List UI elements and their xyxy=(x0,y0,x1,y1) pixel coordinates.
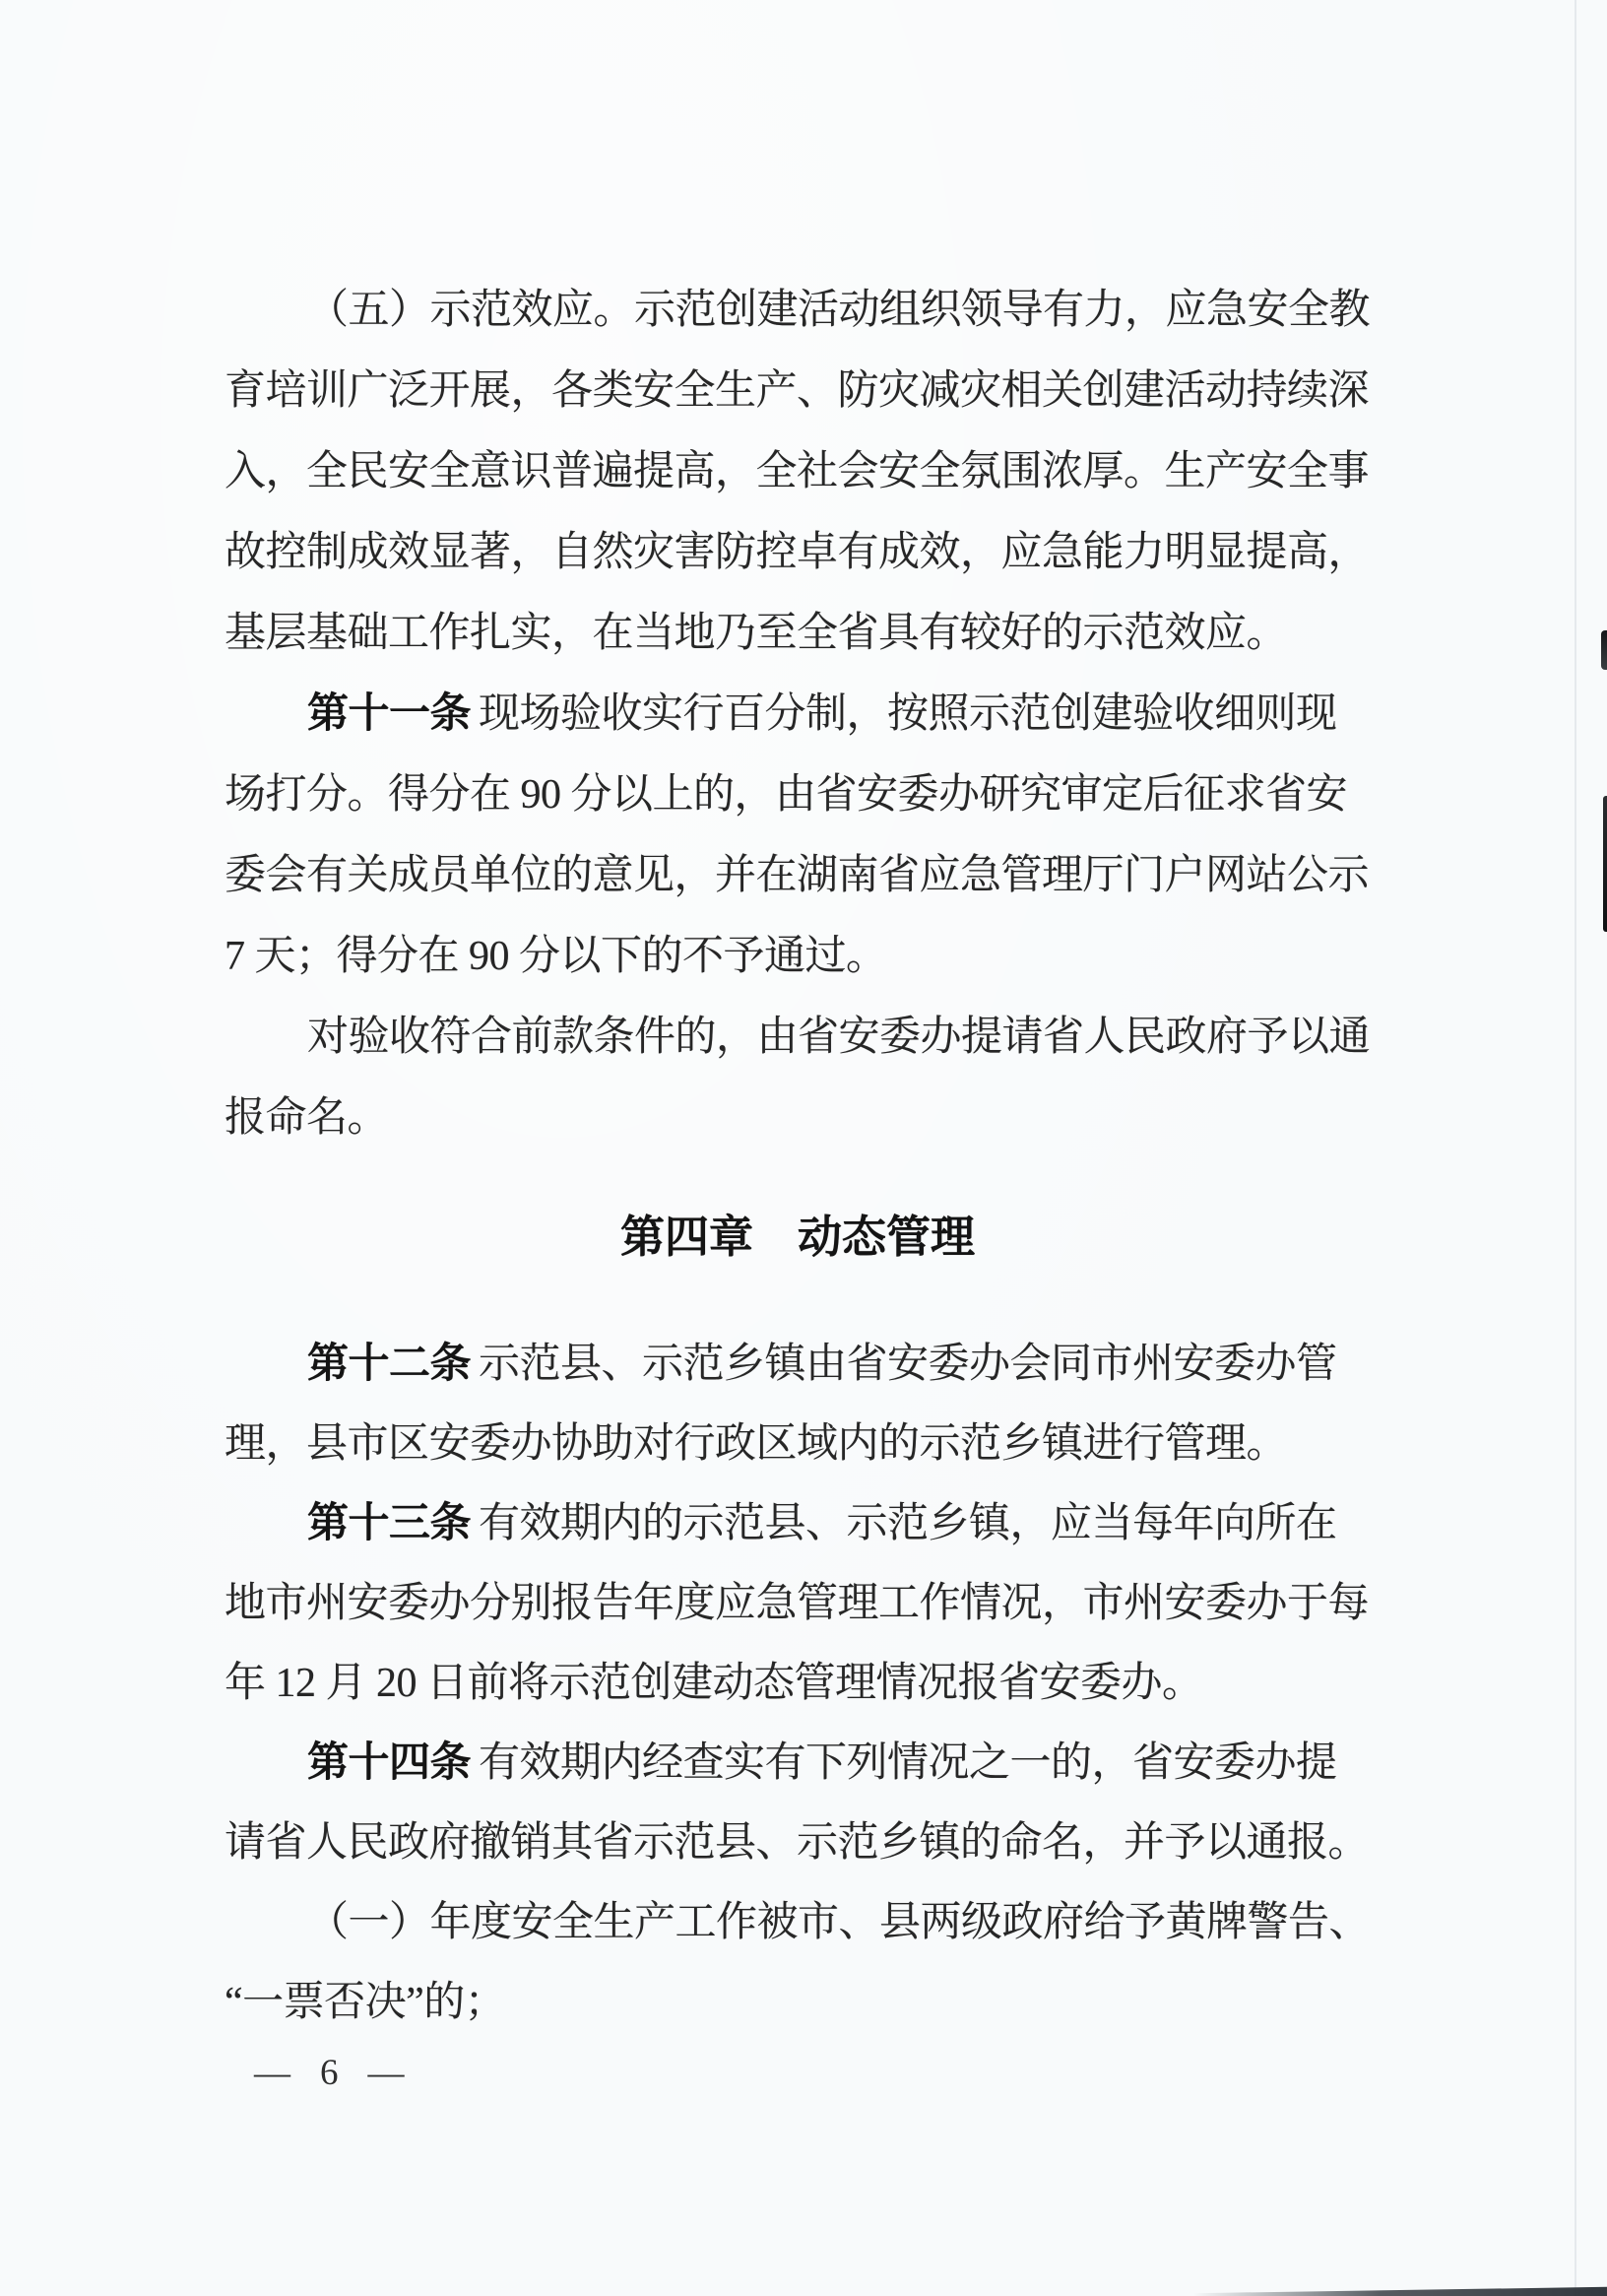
text-line: 第十一条现场验收实行百分制，按照示范创建验收细则现 xyxy=(225,674,1371,754)
scan-artifact-bottom-edge xyxy=(1193,2286,1607,2296)
article-number: 第十三条 xyxy=(307,1501,471,1546)
line-text: 场打分。得分在 90 分以上的，由省安委办研究审定后征求省安 xyxy=(225,772,1347,818)
text-line: （一）年度安全生产工作被市、县两级政府给予黄牌警告、 xyxy=(225,1883,1371,1963)
text-line: 地市州安委办分别报告年度应急管理工作情况，市州安委办于每 xyxy=(225,1564,1371,1644)
line-text: 报命名。 xyxy=(225,1095,388,1141)
text-line: 场打分。得分在 90 分以上的，由省安委办研究审定后征求省安 xyxy=(225,754,1371,835)
text-line: 理，县市区安委办协助对行政区域内的示范乡镇进行管理。 xyxy=(225,1405,1371,1484)
text-line: 第十四条有效期内经查实有下列情况之一的，省安委办提 xyxy=(225,1724,1371,1804)
line-text: “一票否决”的； xyxy=(225,1980,505,2025)
text-line: 委会有关成员单位的意见，并在湖南省应急管理厅门户网站公示 xyxy=(225,835,1371,916)
line-text: 地市州安委办分别报告年度应急管理工作情况，市州安委办于每 xyxy=(225,1581,1369,1626)
text-line: 第十三条有效期内的示范县、示范乡镇，应当每年向所在 xyxy=(225,1484,1371,1564)
text-line: 故控制成效显著，自然灾害防控卓有成效，应急能力明显提高， xyxy=(225,512,1371,593)
line-text: 年 12 月 20 日前将示范创建动态管理情况报省安委办。 xyxy=(225,1661,1203,1706)
document-section-after-heading: 第十二条示范县、示范乡镇由省安委办会同市州安委办管 理，县市区安委办协助对行政区… xyxy=(225,1325,1371,2043)
line-text: 基层基础工作扎实，在当地乃至全省具有较好的示范效应。 xyxy=(225,611,1287,656)
document-section-before-heading: （五）示范效应。示范创建活动组织领导有力，应急安全教 育培训广泛开展，各类安全生… xyxy=(225,270,1371,1158)
page-number: 6 xyxy=(320,2052,339,2094)
line-text: 故控制成效显著，自然灾害防控卓有成效，应急能力明显提高， xyxy=(225,530,1369,575)
line-text: 有效期内经查实有下列情况之一的，省安委办提 xyxy=(479,1740,1337,1786)
line-text: （一）年度安全生产工作被市、县两级政府给予黄牌警告、 xyxy=(307,1900,1370,1945)
line-text: （五）示范效应。示范创建活动组织领导有力，应急安全教 xyxy=(307,288,1370,333)
text-line: “一票否决”的； xyxy=(225,1963,1371,2043)
line-text: 有效期内的示范县、示范乡镇，应当每年向所在 xyxy=(479,1501,1337,1546)
text-line: 对验收符合前款条件的，由省安委办提请省人民政府予以通 xyxy=(225,997,1371,1078)
scanned-document-page: （五）示范效应。示范创建活动组织领导有力，应急安全教 育培训广泛开展，各类安全生… xyxy=(0,0,1607,2296)
line-text: 理，县市区安委办协助对行政区域内的示范乡镇进行管理。 xyxy=(225,1421,1287,1467)
article-number: 第十一条 xyxy=(307,691,471,737)
text-line: 7 天；得分在 90 分以下的不予通过。 xyxy=(225,916,1371,997)
line-text: 入，全民安全意识普遍提高，全社会安全氛围浓厚。生产安全事 xyxy=(225,449,1369,494)
text-line: 第十二条示范县、示范乡镇由省安委办会同市州安委办管 xyxy=(225,1325,1371,1405)
text-line: 请省人民政府撤销其省示范县、示范乡镇的命名，并予以通报。 xyxy=(225,1804,1371,1883)
line-text: 对验收符合前款条件的，由省安委办提请省人民政府予以通 xyxy=(307,1015,1370,1060)
document-body: （五）示范效应。示范创建活动组织领导有力，应急安全教 育培训广泛开展，各类安全生… xyxy=(225,270,1371,2043)
article-number: 第十二条 xyxy=(307,1342,471,1387)
scan-artifact-right-bar-2 xyxy=(1603,796,1607,932)
line-text: 育培训广泛开展，各类安全生产、防灾减灾相关创建活动持续深 xyxy=(225,368,1369,414)
line-text: 现场验收实行百分制，按照示范创建验收细则现 xyxy=(479,691,1337,737)
text-line: （五）示范效应。示范创建活动组织领导有力，应急安全教 xyxy=(225,270,1371,351)
scan-artifact-right-bar-1 xyxy=(1601,630,1607,670)
chapter-heading: 第四章 动态管理 xyxy=(225,1196,1371,1279)
line-text: 7 天；得分在 90 分以下的不予通过。 xyxy=(225,934,887,979)
text-line: 报命名。 xyxy=(225,1078,1371,1158)
scan-artifact-page-edge-line xyxy=(1575,0,1576,2296)
text-line: 年 12 月 20 日前将示范创建动态管理情况报省安委办。 xyxy=(225,1644,1371,1724)
footer-dash-left: — xyxy=(254,2052,290,2094)
line-text: 委会有关成员单位的意见，并在湖南省应急管理厅门户网站公示 xyxy=(225,853,1369,898)
text-line: 入，全民安全意识普遍提高，全社会安全氛围浓厚。生产安全事 xyxy=(225,431,1371,512)
text-line: 育培训广泛开展，各类安全生产、防灾减灾相关创建活动持续深 xyxy=(225,351,1371,431)
footer-dash-right: — xyxy=(368,2052,405,2094)
article-number: 第十四条 xyxy=(307,1740,471,1786)
line-text: 示范县、示范乡镇由省安委办会同市州安委办管 xyxy=(479,1342,1337,1387)
text-line: 基层基础工作扎实，在当地乃至全省具有较好的示范效应。 xyxy=(225,593,1371,674)
page-footer: — 6 — xyxy=(254,2047,405,2098)
line-text: 请省人民政府撤销其省示范县、示范乡镇的命名，并予以通报。 xyxy=(225,1820,1369,1866)
